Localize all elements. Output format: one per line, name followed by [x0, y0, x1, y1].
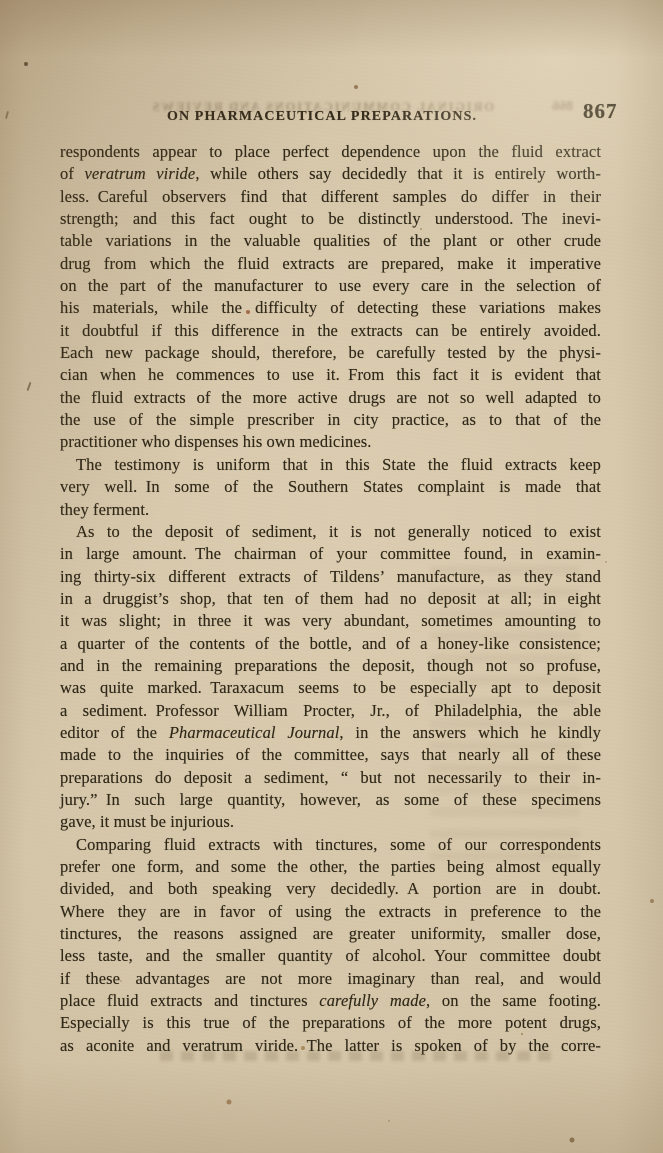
text-line: Especially is this true of the preparati… [60, 1012, 601, 1034]
scanned-book-page: ORIGINAL COMMUNICATIONS AND REVIEWS 866 … [0, 0, 663, 1153]
text-line: if these advantages are not more imagina… [60, 968, 601, 990]
text-line: As to the deposit of sediment, it is not… [60, 521, 601, 543]
text-line: and in the remaining preparations the de… [60, 655, 601, 677]
text-segment: prefer one form, and some the other, the… [60, 857, 601, 876]
paragraph: Comparing fluid extracts with tinctures,… [60, 834, 601, 1057]
text-line: in a druggist’s shop, that ten of them h… [60, 588, 601, 610]
text-segment: a quarter of the contents of the bottle,… [60, 634, 601, 653]
text-line: prefer one form, and some the other, the… [60, 856, 601, 878]
text-line: a quarter of the contents of the bottle,… [60, 633, 601, 655]
text-line: ing thirty-six different extracts of Til… [60, 566, 601, 588]
text-line: of veratrum viride, while others say dec… [60, 163, 601, 185]
text-segment: less taste, and the smaller quantity of … [60, 946, 601, 965]
text-line: the fluid extracts of the more active dr… [60, 387, 601, 409]
italic-text: veratrum viride [84, 164, 195, 183]
stray-ink-mark [5, 111, 9, 119]
text-segment: tinctures, the reasons assigned are grea… [60, 924, 601, 943]
text-segment: was quite marked. Taraxacum seems to be … [60, 678, 601, 697]
text-segment: if these advantages are not more imagina… [60, 969, 601, 988]
text-line: less. Careful observers find that differ… [60, 186, 601, 208]
running-head-title: ON PHARMACEUTICAL PREPARATIONS. [167, 109, 477, 125]
text-segment: and in the remaining preparations the de… [60, 656, 601, 675]
text-segment: respondents appear to place perfect depe… [60, 142, 601, 161]
text-line: they ferment. [60, 499, 601, 521]
text-segment: preparations do deposit a sediment, “ bu… [60, 768, 601, 787]
italic-text: Pharmaceutical Journal [169, 723, 340, 742]
text-segment: it was slight; in three it was very abun… [60, 611, 601, 630]
foxing-specks [0, 0, 2, 2]
show-through-reverse-page-number: 866 [552, 99, 573, 115]
text-segment: , on the same footing. [426, 991, 601, 1010]
text-line: preparations do deposit a sediment, “ bu… [60, 767, 601, 789]
text-line: strength; and this fact ought to be dist… [60, 208, 601, 230]
text-segment: Where they are in favor of using the ext… [60, 902, 601, 921]
text-segment: Especially is this true of the preparati… [60, 1013, 601, 1032]
text-segment: The testimony is uniform that in this St… [76, 455, 601, 474]
text-line: Where they are in favor of using the ext… [60, 901, 601, 923]
text-line: editor of the Pharmaceutical Journal, in… [60, 722, 601, 744]
text-line: jury.” In such large quantity, however, … [60, 789, 601, 811]
paragraph: The testimony is uniform that in this St… [60, 454, 601, 521]
text-segment: his materials, while the difficulty of d… [60, 298, 601, 317]
text-segment: on the part of the manufacturer to use e… [60, 276, 601, 295]
page-body: respondents appear to place perfect depe… [60, 141, 601, 1057]
text-line: practitioner who dispenses his own medic… [60, 431, 601, 453]
text-line: divided, and both speaking very decidedl… [60, 878, 601, 900]
italic-text: carefully made [319, 991, 426, 1010]
text-line: less taste, and the smaller quantity of … [60, 945, 601, 967]
text-segment: table variations in the valuable qualiti… [60, 231, 601, 250]
text-line: respondents appear to place perfect depe… [60, 141, 601, 163]
text-line: drug from which the fluid extracts are p… [60, 253, 601, 275]
text-line: cian when he commences to use it. From t… [60, 364, 601, 386]
text-segment: Each new package should, therefore, be c… [60, 343, 601, 362]
text-line: his materials, while the difficulty of d… [60, 297, 601, 319]
text-segment: the fluid extracts of the more active dr… [60, 388, 601, 407]
text-segment: drug from which the fluid extracts are p… [60, 254, 601, 273]
text-line: very well. In some of the Southern State… [60, 476, 601, 498]
text-segment: very well. In some of the Southern State… [60, 477, 601, 496]
text-segment: they ferment. [60, 500, 149, 519]
paragraph: As to the deposit of sediment, it is not… [60, 521, 601, 834]
text-line: place fluid extracts and tinctures caref… [60, 990, 601, 1012]
text-segment: jury.” In such large quantity, however, … [60, 790, 601, 809]
text-segment: , in the answers which he kindly [339, 723, 601, 742]
text-line: made to the inquiries of the committee, … [60, 744, 601, 766]
text-segment: as aconite and veratrum viride. The latt… [60, 1036, 601, 1055]
text-segment: the use of the simple prescriber in city… [60, 410, 601, 429]
text-segment: gave, it must be injurious. [60, 812, 234, 831]
text-line: it was slight; in three it was very abun… [60, 610, 601, 632]
text-segment: less. Careful observers find that differ… [60, 187, 601, 206]
text-line: Each new package should, therefore, be c… [60, 342, 601, 364]
text-segment: a sediment. Professor William Procter, J… [60, 701, 601, 720]
stray-ink-mark [27, 382, 32, 391]
text-line: table variations in the valuable qualiti… [60, 230, 601, 252]
text-line: a sediment. Professor William Procter, J… [60, 700, 601, 722]
text-segment: it doubtful if this difference in the ex… [60, 321, 601, 340]
text-segment: , while others say decidedly that it is … [195, 164, 601, 183]
text-line: as aconite and veratrum viride. The latt… [60, 1035, 601, 1057]
text-segment: strength; and this fact ought to be dist… [60, 209, 601, 228]
text-segment: in a druggist’s shop, that ten of them h… [60, 589, 601, 608]
text-line: it doubtful if this difference in the ex… [60, 320, 601, 342]
text-line: was quite marked. Taraxacum seems to be … [60, 677, 601, 699]
text-segment: place fluid extracts and tinctures [60, 991, 319, 1010]
text-segment: divided, and both speaking very decidedl… [60, 879, 601, 898]
text-segment: made to the inquiries of the committee, … [60, 745, 601, 764]
text-line: tinctures, the reasons assigned are grea… [60, 923, 601, 945]
text-line: on the part of the manufacturer to use e… [60, 275, 601, 297]
text-line: the use of the simple prescriber in city… [60, 409, 601, 431]
text-segment: editor of the [60, 723, 169, 742]
text-line: in large amount. The chairman of your co… [60, 543, 601, 565]
text-segment: cian when he commences to use it. From t… [60, 365, 601, 384]
text-segment: As to the deposit of sediment, it is not… [76, 522, 601, 541]
text-line: The testimony is uniform that in this St… [60, 454, 601, 476]
text-segment: in large amount. The chairman of your co… [60, 544, 601, 563]
text-line: gave, it must be injurious. [60, 811, 601, 833]
text-segment: Comparing fluid extracts with tinctures,… [76, 835, 601, 854]
page-number: 867 [583, 99, 618, 124]
text-segment: of [60, 164, 84, 183]
text-line: Comparing fluid extracts with tinctures,… [60, 834, 601, 856]
text-segment: ing thirty-six different extracts of Til… [60, 567, 601, 586]
paragraph: respondents appear to place perfect depe… [60, 141, 601, 454]
text-segment: practitioner who dispenses his own medic… [60, 432, 372, 451]
